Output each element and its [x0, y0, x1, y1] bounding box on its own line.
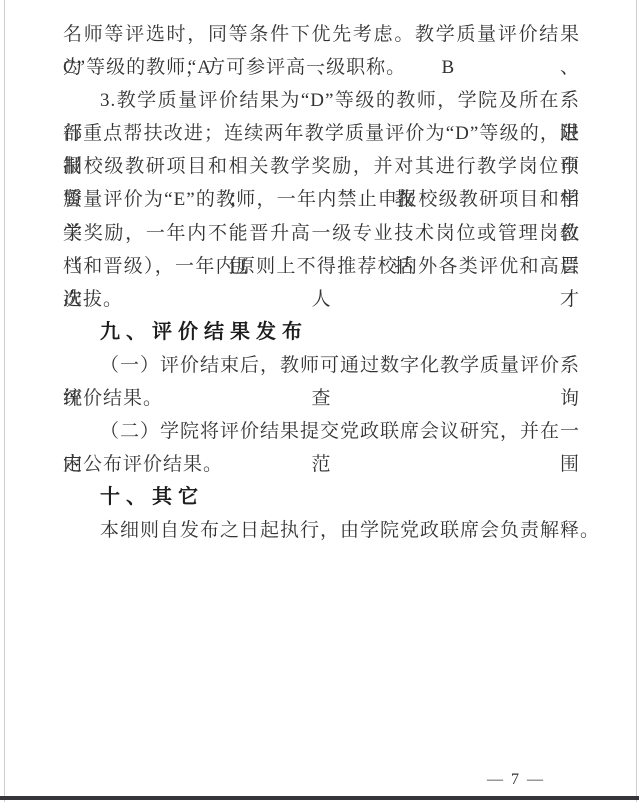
paragraph-line: 3.教学质量评价结果为“D”等级的教师，学院及所在系部进	[63, 84, 580, 117]
page-bottom-rule	[0, 796, 639, 800]
page-left-edge-line	[4, 0, 5, 802]
paragraph-line: 质量评价为“E”的教师，一年内禁止申报校级教研项目和相关教	[63, 183, 580, 216]
paragraph-line: （二）学院将评价结果提交党政联席会议研究，并在一定范围	[63, 415, 580, 448]
paragraph-line: 报校级教研项目和相关教学奖励，并对其进行教学岗位预警；教学	[63, 150, 580, 183]
paragraph-line: 名师等评选时，同等条件下优先考虑。教学质量评价结果为“A、B、	[63, 18, 580, 51]
page-right-edge-line	[636, 0, 637, 802]
page-number: — 7 —	[487, 770, 545, 790]
document-page: 名师等评选时，同等条件下优先考虑。教学质量评价结果为“A、B、C”等级的教师，方…	[0, 0, 639, 802]
document-content: 名师等评选时，同等条件下优先考虑。教学质量评价结果为“A、B、C”等级的教师，方…	[63, 18, 580, 548]
paragraph-line: 行重点帮扶改进；连续两年教学质量评价为“D”等级的，限制申	[63, 117, 580, 150]
paragraph-line: 本细则自发布之日起执行，由学院党政联席会负责解释。	[63, 514, 580, 547]
paragraph-line: 学奖励，一年内不能晋升高一级专业技术岗位或管理岗位（包括晋	[63, 217, 580, 250]
paragraph-line: （一）评价结束后，教师可通过数字化教学质量评价系统查询	[63, 349, 580, 382]
section-heading: 十、其它	[63, 481, 580, 514]
section-heading: 九、评价结果发布	[63, 316, 580, 349]
paragraph-line: 档和晋级），一年内原则上不得推荐校内外各类评优和高层次人才	[63, 250, 580, 283]
